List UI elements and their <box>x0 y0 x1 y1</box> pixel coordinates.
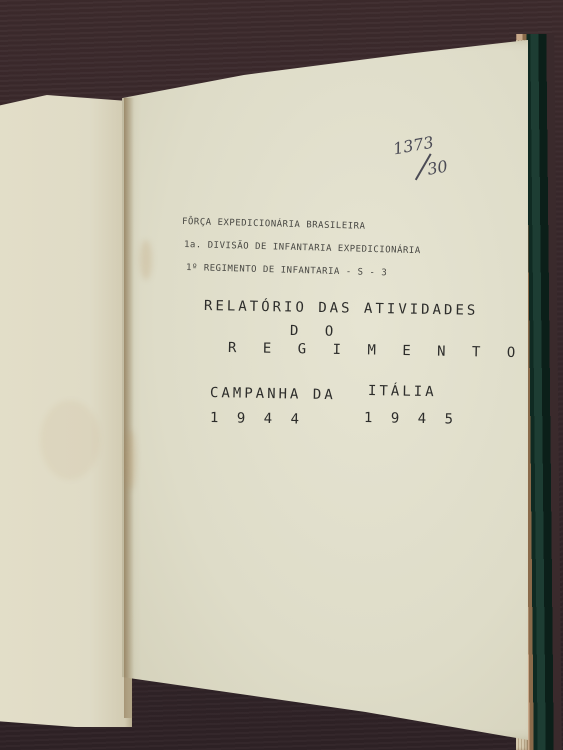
title-line-2: D O <box>290 323 343 340</box>
paper-stain <box>140 240 152 280</box>
paper-stain <box>40 400 100 480</box>
paper-stain <box>126 430 136 490</box>
book-gutter-shadow <box>124 98 134 718</box>
catalog-denominator: 30 <box>426 157 449 179</box>
campaign-label: CAMPANHA DA <box>210 385 336 403</box>
year-start: 1 9 4 4 <box>210 410 304 428</box>
year-end: 1 9 4 5 <box>364 410 458 428</box>
campaign-country: ITÁLIA <box>368 383 437 400</box>
